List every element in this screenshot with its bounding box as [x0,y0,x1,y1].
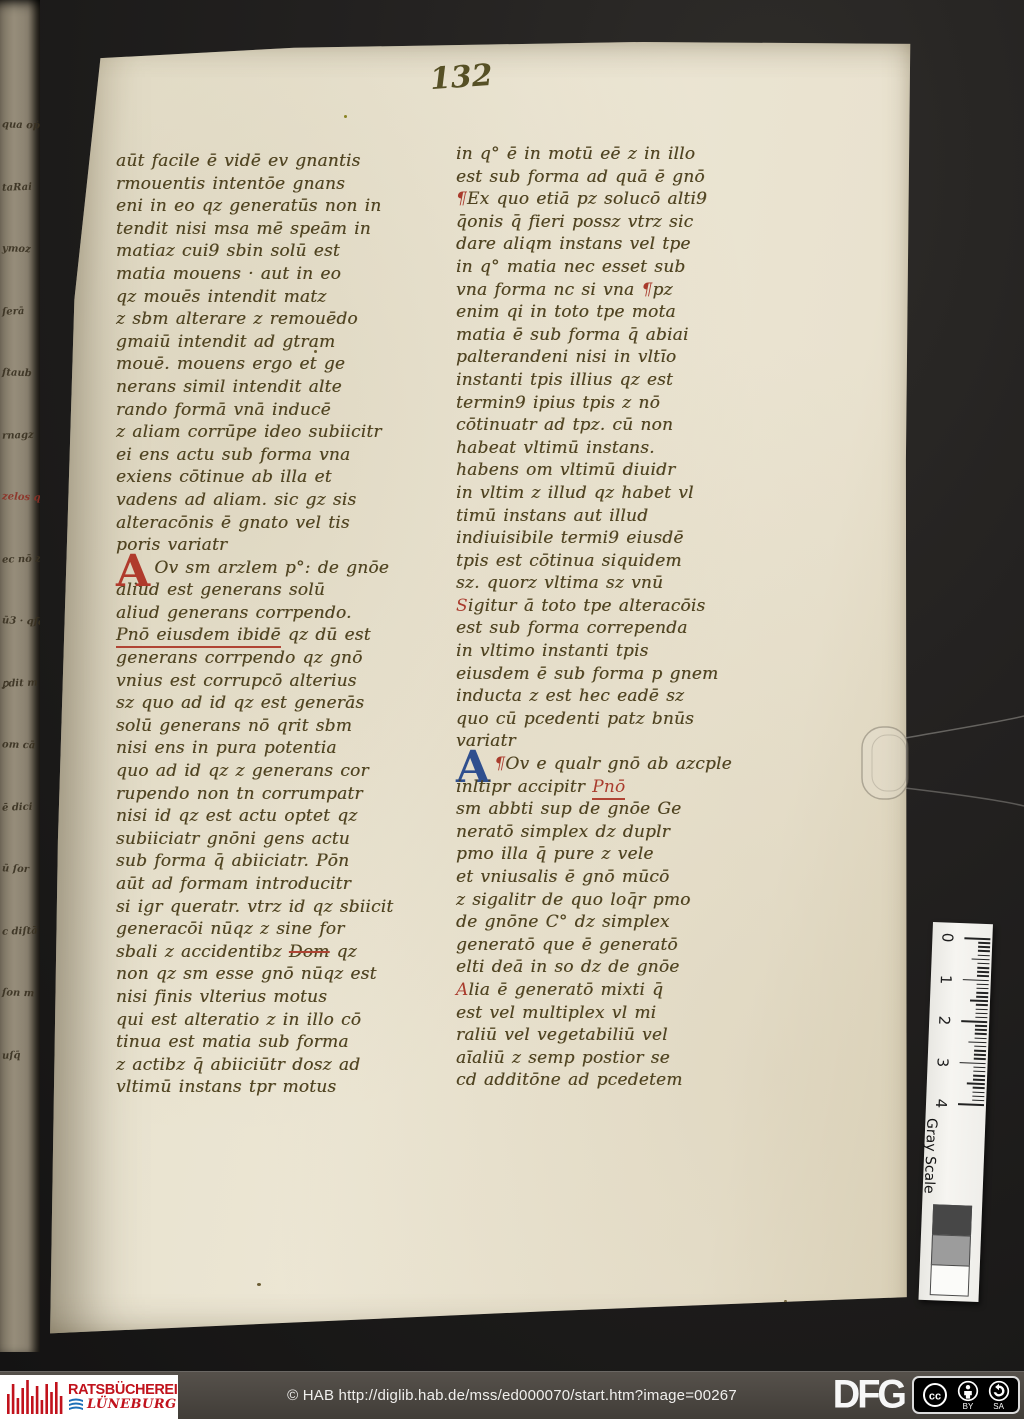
ruler-minor-tick [977,967,989,969]
ruler-minor-tick [974,1050,986,1052]
manuscript-line: pmo illa q̄ pure z vele [456,843,788,866]
ruler-major-tick [961,1020,987,1023]
text-column-right: in q° ē in motū eē z in illoest sub form… [456,143,788,1092]
ruler-minor-tick [973,1075,985,1077]
manuscript-line: in q° ē in motū eē z in illo [456,143,788,166]
svg-text:cc: cc [929,1391,941,1403]
parchment-speck [344,115,347,118]
manuscript-line: sbali z accidentibz Dom qz [116,941,436,964]
sa-icon: SA [988,1380,1010,1411]
manuscript-line: sm abbti sup de gnōe Ge [456,798,788,821]
ruler-major-tick [958,1103,984,1106]
manuscript-line: matia ē sub forma q̄ abiai [456,324,788,347]
manuscript-line: generatō que ē generatō [456,934,788,957]
sa-label: SA [993,1403,1004,1411]
ruler-minor-tick [975,1033,987,1035]
manuscript-line: nisi id qz est actu optet qz [116,805,436,828]
ruler-major-tick [964,937,990,940]
gray-scale-patch [932,1204,972,1236]
manuscript-line: in q° matia nec esset sub [456,256,788,279]
gray-scale-patch [930,1264,970,1296]
folio-number: 132 [429,58,494,97]
manuscript-line: instanti tpis illius qz est [456,369,788,392]
manuscript-line: generacōi nūqz z sine for [116,918,436,941]
manuscript-line: matia mouens · aut in eo [116,263,436,286]
ruler-minor-tick [977,983,989,985]
manuscript-line: sz quo ad id qz est generās [116,692,436,715]
dfg-logo: DFG [833,1373,904,1418]
manuscript-line: vnius est corrupcō alterius [116,670,436,693]
ruler-minor-tick [974,1054,986,1056]
manuscript-line: tpis est cōtinua siquidem [456,550,788,573]
ruler-minor-tick [972,1099,984,1101]
ruler-minor-tick [967,1083,985,1085]
manuscript-line: aūt facile ē vidē ev gnantis [116,150,436,173]
verso-text-fragment: ꝑdit m [2,677,40,690]
ruler-number: 1 [936,970,955,989]
verso-text-fragment: zelos q [2,491,40,504]
verso-text-fragment: ec nō z [2,553,40,566]
manuscript-line: z sigalitr de quo loq̄r pmo [456,889,788,912]
cc-license-badge: cc BY SA [912,1376,1020,1414]
verso-text-fragment: ē dici [2,801,40,814]
manuscript-line: gmaiū intendit ad gtram [116,331,436,354]
by-label: BY [963,1403,974,1411]
gray-scale-label: Gray Scale [921,1118,940,1194]
manuscript-line: poris variatr [116,534,436,557]
ruler-number: 0 [938,928,957,947]
ruler-minor-tick [977,963,989,965]
manuscript-line: z actibz q̄ abiiciūtr dosz ad [116,1054,436,1077]
text-column-left: aūt facile ē vidē ev gnantisrmouentis in… [116,150,436,1099]
manuscript-line: solū generans nō qrit sbm [116,715,436,738]
manuscript-line: habeat vltimū instans. [456,437,788,460]
manuscript-line: inducta z est hec eadē sz [456,685,788,708]
ruler-minor-tick [975,1017,987,1019]
manuscript-line: quo ad id qz z generans cor [116,760,436,783]
ruler-minor-tick [972,1091,984,1093]
ruler-major-tick [963,979,989,982]
ruler-minor-tick [977,971,989,973]
manuscript-line: habens om vltimū diuidr [456,459,788,482]
manuscript-line: tinua est matia sub forma [116,1031,436,1054]
manuscript-line: indiuisibile termi9 eiusdē [456,527,788,550]
manuscript-line: cōtinuatr ad tpz. cū non [456,414,788,437]
ruler-minor-tick [973,1066,985,1068]
parchment-speck [784,1300,787,1303]
manuscript-line: matiaz cui9 sbin solū est [116,240,436,263]
manuscript-line: exiens cōtinue ab illa et [116,466,436,489]
ruler-minor-tick [976,988,988,990]
manuscript-line: termin9 ipius tpis z nō [456,392,788,415]
manuscript-line: Sigitur ā toto tpe alteracōis [456,595,788,618]
manuscript-line: inltipr accipitr Pnō [456,776,788,799]
manuscript-line: aīaliū z semp postior se [456,1047,788,1070]
manuscript-line: A¶Ov e qualr gnō ab azcple [456,753,788,776]
manuscript-line: qui est alteratio z in illo cō [116,1009,436,1032]
verso-text-fragment: om cā [2,739,40,752]
manuscript-line: aūt ad formam introducitr [116,873,436,896]
ruler-minor-tick [976,1004,988,1006]
parchment-speck [257,1283,261,1286]
ruler-minor-tick [975,1037,987,1039]
manuscript-line: Pnō eiusdem ibidē qz dū est [116,624,436,647]
manuscript-line: enim qi in toto tpe mota [456,301,788,324]
verso-text-fragment: ū ſor [2,863,40,876]
manuscript-line: sz. quorz vltima sz vnū [456,572,788,595]
footer-bar: RATSBÜCHEREI LÜNEBURG © HAB http://digli… [0,1371,1024,1419]
verso-text-fragment: uſq̄ [2,1049,40,1062]
ruler-minor-tick [976,1008,988,1010]
ruler-minor-tick [974,1046,986,1048]
manuscript-line: raliū vel vegetabiliū vel [456,1024,788,1047]
ruler-minor-tick [973,1070,985,1072]
manuscript-line: vadens ad aliam. sic gz sis [116,489,436,512]
manuscript-line: est sub forma ad quā ē gnō [456,166,788,189]
manuscript-line: qz mouēs intendit matz [116,286,436,309]
manuscript-line: nisi ens in pura potentia [116,737,436,760]
verso-text-fragment: c diſtā [2,925,40,938]
ruler-number: 3 [933,1053,952,1072]
facing-page-edge: qua oṗtaRaiymozſerāſtaubrnagzzelos qec n… [0,0,40,1352]
ruler-minor-tick [976,996,988,998]
manuscript-line: AOv sm arzlem p°: de gnōe [116,557,436,580]
verso-text-fragment: ſerā [2,305,40,318]
manuscript-line: Alia ē generatō mixti q̄ [456,979,788,1002]
manuscript-line: sub forma q̄ abiiciatr. Pōn [116,850,436,873]
manuscript-line: vna forma nc si vna ¶pz [456,279,788,302]
manuscript-page: 132 aūt facile ē vidē ev gnantisrmouenti… [44,40,912,1336]
manuscript-line: q̄onis q̄ fieri possz vtrz sic [456,211,788,234]
ruler-minor-tick [973,1079,985,1081]
ruler-minor-tick [975,1025,987,1027]
ruler-minor-tick [973,1087,985,1089]
digitized-manuscript-viewer: { "page": { "folio_number": "132", "ink_… [0,0,1024,1419]
manuscript-line: elti deā in so dz de gnōe [456,956,788,979]
ruler-minor-tick [975,1029,987,1031]
ruler-minor-tick [970,1000,988,1002]
ruler-minor-tick [974,1058,986,1060]
ruler-minor-tick [968,1041,986,1043]
manuscript-line: et vniusalis ē gnō mūcō [456,866,788,889]
manuscript-line: in vltimo instanti tpis [456,640,788,663]
ruler-minor-tick [978,942,990,944]
parchment-speck [314,350,317,353]
verso-text-fragment: ū3 · qſa [2,615,40,628]
manuscript-line: de gnōne C° dz simplex [456,911,788,934]
manuscript-line: z aliam corrūpe ideo subiicitr [116,421,436,444]
manuscript-line: rmouentis intentōe gnans [116,173,436,196]
verso-text-fragment: rnagz [2,429,40,442]
ruler-major-tick [960,1062,986,1065]
ruler-minor-tick [972,1095,984,1097]
manuscript-line: rupendo non tn corrumpatr [116,783,436,806]
manuscript-line: nisi finis vlterius motus [116,986,436,1009]
verso-text-fragment: ſtaub [2,367,40,380]
manuscript-line: non qz sm esse gnō nūqz est [116,963,436,986]
ruler-minor-tick [978,950,990,952]
ruler-minor-tick [977,975,989,977]
manuscript-line: aliud generans corrpendo. [116,602,436,625]
manuscript-line: variatr [456,730,788,753]
manuscript-line: neratō simplex dz duplr [456,821,788,844]
manuscript-line: subiiciatr gnōni gens actu [116,828,436,851]
ruler-number: 2 [935,1011,954,1030]
photograph-background: qua oṗtaRaiymozſerāſtaubrnagzzelos qec n… [0,0,1024,1372]
manuscript-line: palterandeni nisi in vltīo [456,346,788,369]
verso-text-fragment: qua oṗ [2,119,40,132]
ruler-minor-tick [972,958,990,960]
manuscript-line: alteracōnis ē gnato vel tis [116,512,436,535]
manuscript-line: aliud est generans solū [116,579,436,602]
manuscript-line: rando formā vnā inducē [116,399,436,422]
manuscript-line: cd additōne ad pcedetem [456,1069,788,1092]
ruler-number: 4 [932,1094,951,1113]
verso-text-fragment: ſon m [2,987,40,1000]
gray-scale-patch [931,1234,971,1266]
manuscript-line: dare aliqm instans vel tpe [456,233,788,256]
ruler-minor-tick [976,1012,988,1014]
ruler-minor-tick [976,992,988,994]
manuscript-line: quo cū pcedenti patz bnūs [456,708,788,731]
manuscript-line: eiusdem ē sub forma p gnem [456,663,788,686]
manuscript-line: nerans simil intendit alte [116,376,436,399]
verso-text-fragment: ymoz [2,243,40,256]
manuscript-line: eni in eo qz generatūs non in [116,195,436,218]
manuscript-line: si igr queratr. vtrz id qz sbiicit [116,896,436,919]
manuscript-line: est sub forma corrependa [456,617,788,640]
ruler-minor-tick [978,946,990,948]
manuscript-line: ei ens actu sub forma vna [116,444,436,467]
manuscript-line: ¶Ex quo etiā pz solucō alti9 [456,188,788,211]
measuring-ruler: Gray Scale 01234 [918,922,992,1302]
manuscript-line: est vel multiplex vl mi [456,1002,788,1025]
verso-text-fragment: taRai [2,181,40,194]
ruler-minor-tick [978,954,990,956]
manuscript-line: z sbm alterare z remouēdo [116,308,436,331]
manuscript-line: tendit nisi msa mē speām in [116,218,436,241]
by-icon: BY [957,1380,979,1411]
manuscript-line: vltimū instans tpr motus [116,1076,436,1099]
manuscript-line: timū instans aut illud [456,505,788,528]
manuscript-line: generans corrpendo qz gnō [116,647,436,670]
manuscript-line: in vltim z illud qz habet vl [456,482,788,505]
manuscript-line: mouē. mouens ergo et ge [116,353,436,376]
cc-icon: cc [922,1382,948,1408]
